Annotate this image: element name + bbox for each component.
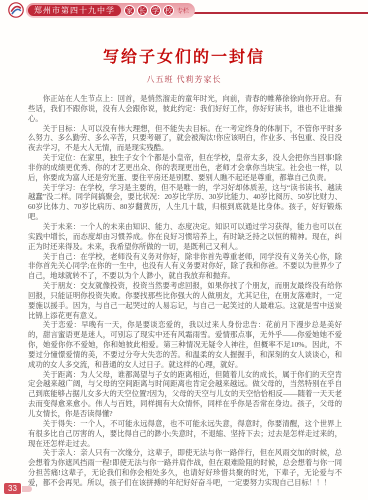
article-paragraph: 关于距离：为人父母，谁都渴望与子女的距离相近，但随着儿女的成长，属于你们的天空肯… [28, 370, 342, 419]
school-name-banner: 郑州市第四十九中学 [28, 5, 121, 16]
document-page: 郑州市第四十九中学 家长学校 专栏 写给子女们的一封信 八五班 代莉芳家长 你正… [0, 0, 368, 500]
article-title: 写给子女们的一封信 [0, 44, 368, 67]
badge-icon: 校 [163, 5, 174, 16]
article-byline: 八五班 代莉芳家长 [0, 74, 368, 85]
school-logo-icon [8, 2, 24, 18]
badge-icon: 长 [137, 5, 148, 16]
badge-icon: 家 [124, 5, 135, 16]
article-paragraph: 关于得失：一个人，不可能永远得意，也不可能永远失意，得意时，你要清醒，这个世界上… [28, 419, 342, 449]
article-paragraph: 你正站在人生节点上：回首，是悄然溜走的童年时光，向前，青春的帷幕徐徐向你开启。有… [28, 94, 342, 124]
article-paragraph: 关于目标：人可以没有伟大理想，但不能失去目标。在一考定终身的体制下，不管你平时多… [28, 124, 342, 154]
article-paragraph: 关于亲人：亲人只有一次缘分，这辈子，即使无法与你一路伴行，但在风雨交加的时候，总… [28, 448, 342, 487]
page-header: 郑州市第四十九中学 家长学校 专栏 [8, 2, 368, 20]
edition-note: 专栏 [177, 6, 189, 15]
header-ribbon: 郑州市第四十九中学 家长学校 专栏 [26, 3, 195, 18]
article-paragraph: 关于自己：在学校，老师没有义务对你好，除非你首先尊重老师，同学没有义务关心你，除… [28, 252, 342, 282]
article-body: 你正站在人生节点上：回首，是悄然溜走的童年时光，向前，青春的帷幕徐徐向你开启。有… [28, 94, 342, 488]
page-number-tail [22, 486, 32, 492]
badge-icon: 学 [150, 5, 161, 16]
article-paragraph: 关于恋爱：早晚有一天，你是要谈恋爱的，我以过来人身份忠告：花前月下漫步总是美好的… [28, 320, 342, 369]
article-paragraph: 关于学习：在学校，学习是主要的，但不是唯一的，学习好却体质差，这与“读书读书、越… [28, 183, 342, 222]
header-badges: 家长学校 [124, 5, 174, 16]
article-paragraph: 关于朋友：交友就像投资，投资当然要考虑回报，如果你找了个朋友，而朋友最终没有给你… [28, 281, 342, 320]
article-paragraph: 关于定位：在家里，独生子女个个都是小皇帝，但在学校，皇帝太多，没人会把你当回事!… [28, 153, 342, 183]
article-paragraph: 关于未来：一个人的未来由知识、能力、态度决定。知识可以通过学习获得，能力也可以在… [28, 222, 342, 252]
page-number-badge: 33 [4, 483, 21, 494]
